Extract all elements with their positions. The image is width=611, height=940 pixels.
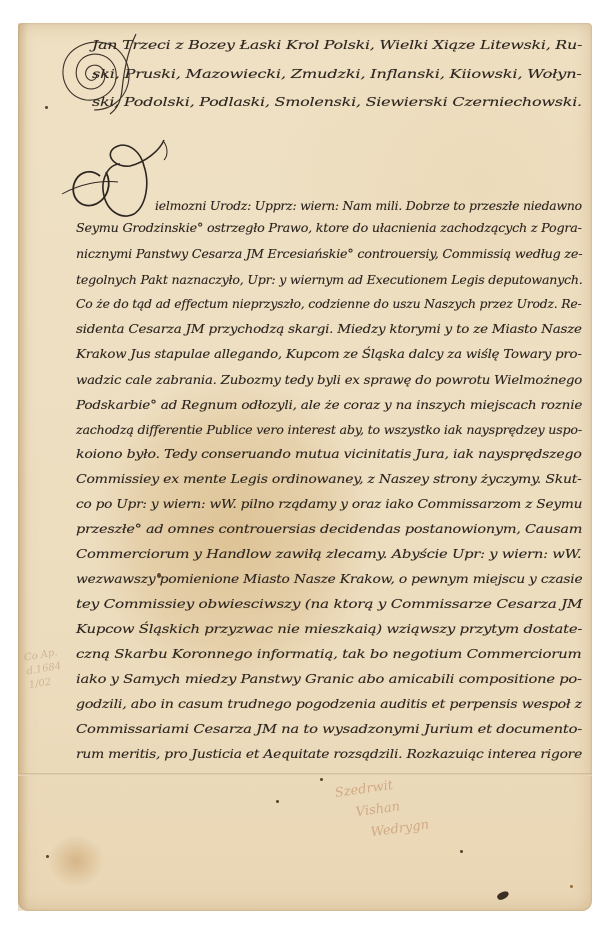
body-line-6: sidenta Cesarza JM przychodzą skargi. Mi… [76,322,582,336]
decorative-initial-w-icon [60,128,170,228]
body-line-18: Kupcow Śląskich przyzwac nie mieszkaią) … [76,622,582,636]
paper-speck [460,850,463,853]
body-line-14: przeszłe° ad omnes controuersias deciden… [76,522,582,536]
body-line-1: ielmozni Urodz: Upprz: wiern: Nam mili. … [155,199,582,213]
body-line-5: Co że do tąd ad effectum nieprzyszło, co… [76,297,582,311]
ink-dot [157,573,161,578]
body-line-16: wezwawszy pomienione Miasto Nasze Krakow… [76,572,582,586]
paper-speck [276,800,279,803]
paper-speck [46,855,49,858]
body-line-22: Commissariami Cesarza JM na to wysadzony… [76,722,582,736]
body-line-10: zachodzą differentie Publice vero intere… [76,423,582,437]
heading-line-3: ski, Podolski, Podlaski, Smolenski, Siew… [92,95,582,109]
faded-signature-seal: Szedrwit Vishan Wedrygn [334,768,457,882]
body-line-8: wadzic cale zabrania. Zubozmy tedy byli … [76,373,582,387]
body-line-15: Commerciorum y Handlow zawiłą zlecamy. A… [76,547,581,561]
body-line-17: tey Commissiey obwiesciwszy (na ktorą y … [76,597,582,611]
body-line-3: nicznymi Panstwy Cesarza JM Ercesiańskie… [76,247,582,261]
paper-speck [320,778,323,781]
paper-speck [45,106,48,109]
paper-speck [570,885,573,888]
body-line-2: Seymu Grodzinskie° ostrzegło Prawo, ktor… [76,221,582,235]
body-line-11: koiono było. Tedy conseruando mutua vici… [76,447,582,461]
fold-crease [18,773,592,776]
body-line-19: czną Skarbu Koronnego informatią, tak bo… [76,647,581,661]
body-line-9: Podskarbie° ad Regnum odłozyli, ale że c… [76,398,582,412]
body-line-4: tegolnych Pakt naznaczyło, Upr: y wierny… [76,273,583,287]
body-line-23: rum meritis, pro Justicia et Aequitate r… [76,747,582,761]
body-line-20: iako y Samych miedzy Panstwy Granic abo … [76,672,582,686]
body-line-7: Krakow Jus stapulae allegando, Kupcom ze… [76,347,582,361]
body-line-21: godzili, abo in casum trudnego pogodzeni… [76,697,582,711]
body-line-13: co po Upr: y wiern: wW. pilno rządamy y … [76,497,582,511]
paper-edge-shadow [18,23,28,911]
heading-line-2: ski, Pruski, Mazowiecki, Zmudzki, Inflan… [92,67,582,81]
heading-line-1: Jan Trzeci z Bozey Łaski Krol Polski, Wi… [92,38,582,52]
body-line-12: Commissiey ex mente Legis ordinowaney, z… [76,472,582,486]
